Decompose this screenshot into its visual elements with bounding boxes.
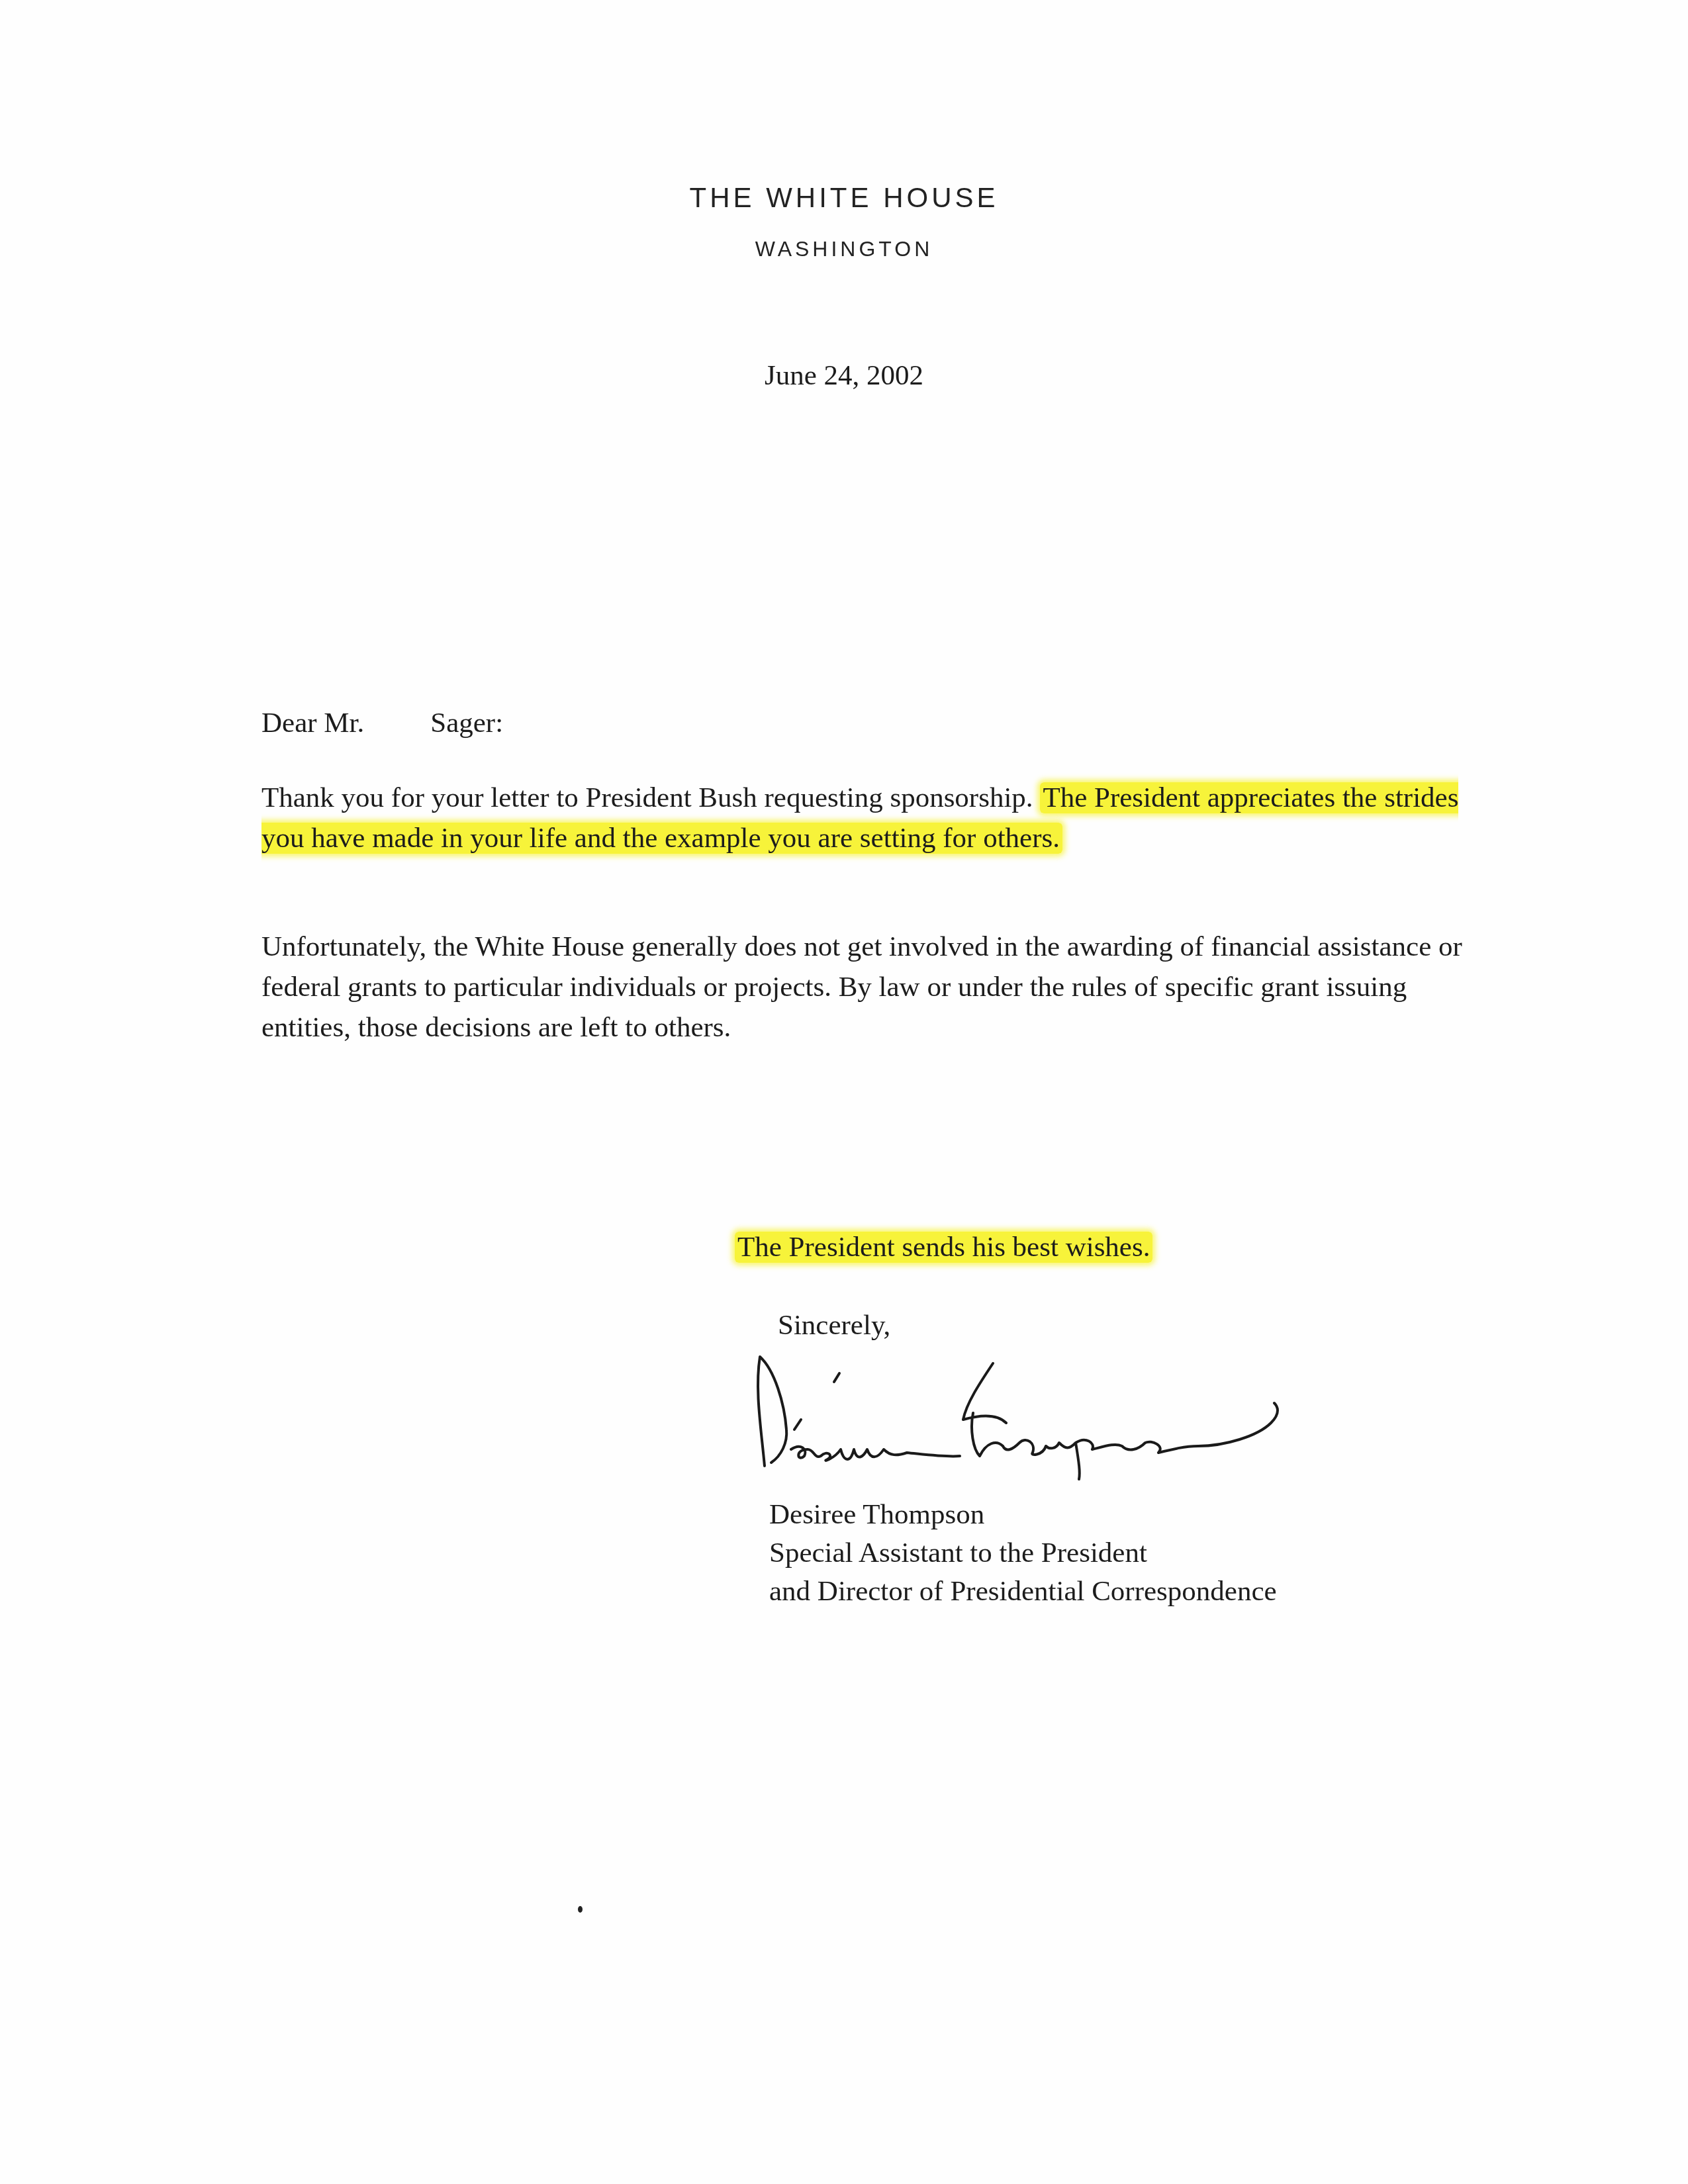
salutation-name: Sager:	[430, 707, 503, 739]
salutation: Dear Mr.Sager:	[261, 707, 503, 739]
closing-wishes: The President sends his best wishes.	[735, 1231, 1152, 1263]
paragraph-1-text: Thank you for your letter to President B…	[261, 782, 1033, 813]
signature-image	[735, 1350, 1364, 1496]
salutation-greeting: Dear Mr.	[261, 707, 364, 739]
signatory-block: Desiree Thompson Special Assistant to th…	[769, 1496, 1277, 1611]
letter-date: June 24, 2002	[0, 359, 1688, 392]
body-paragraph-1: Thank you for your letter to President B…	[261, 778, 1486, 858]
body-paragraph-2: Unfortunately, the White House generally…	[261, 927, 1486, 1048]
sign-off: Sincerely,	[778, 1309, 890, 1342]
scan-speck	[578, 1906, 583, 1913]
letterhead-title: THE WHITE HOUSE	[0, 182, 1688, 214]
signatory-name: Desiree Thompson	[769, 1496, 1277, 1534]
signatory-title-2: and Director of Presidential Corresponde…	[769, 1572, 1277, 1611]
highlighted-text: The President sends his best wishes.	[735, 1232, 1152, 1263]
letter-page: THE WHITE HOUSE WASHINGTON June 24, 2002…	[0, 0, 1688, 2184]
letterhead-location: WASHINGTON	[0, 237, 1688, 261]
signatory-title-1: Special Assistant to the President	[769, 1534, 1277, 1572]
